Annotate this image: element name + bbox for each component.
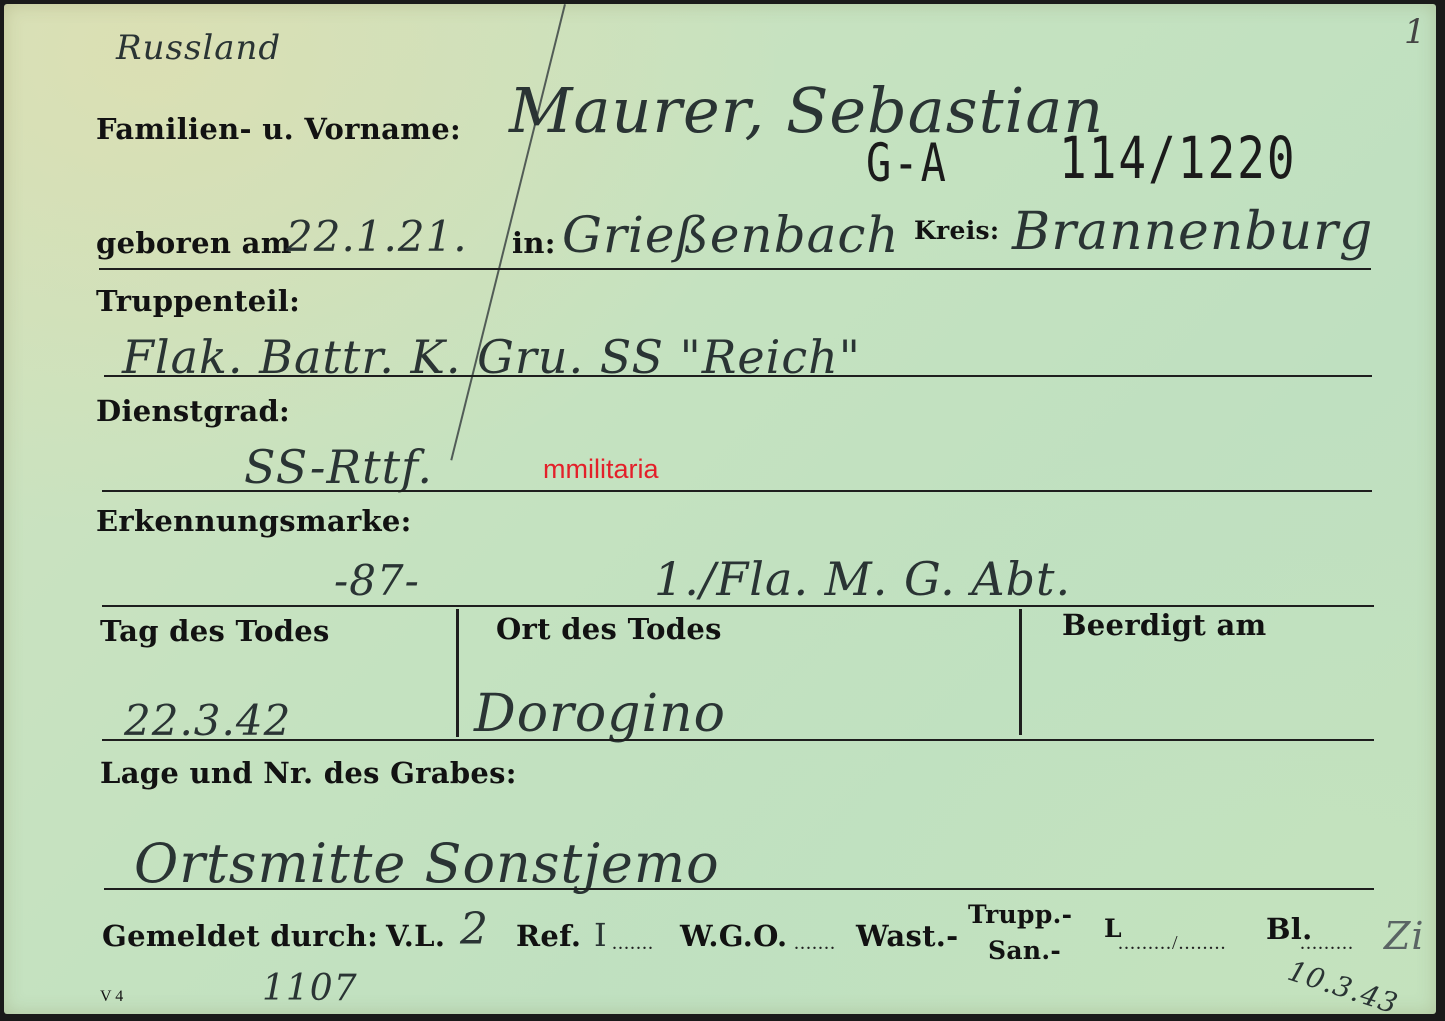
buried-on-label: Beerdigt am (1062, 608, 1267, 642)
id-tag-number: -87- (334, 556, 420, 605)
column-divider-1 (456, 609, 459, 737)
l-dots: ........./........ (1118, 932, 1227, 955)
born-line (99, 268, 1371, 270)
form-code: V 4 (100, 988, 123, 1006)
ref-dots: ....... (612, 932, 654, 955)
corner-number: 1 (1404, 12, 1427, 52)
born-on-label: geboren am (96, 226, 292, 260)
ref-value: I (594, 916, 608, 954)
death-date-label: Tag des Todes (100, 614, 330, 648)
grave-line (104, 888, 1374, 890)
file-stamp-prefix: G-A (866, 132, 948, 193)
district-value: Brannenburg (1012, 202, 1373, 262)
column-divider-2 (1019, 609, 1022, 735)
name-value: Maurer, Sebastian (509, 74, 1104, 147)
born-in-label: in: (512, 226, 556, 260)
death-place-value: Dorogino (474, 684, 726, 744)
unit-line (104, 375, 1372, 377)
wgo-dots: ....... (794, 932, 836, 955)
id-tag-unit: 1./Fla. M. G. Abt. (654, 552, 1071, 606)
rank-line (102, 490, 1372, 492)
born-in-value: Grießenbach (562, 206, 900, 264)
handwritten-initials: Zi (1384, 914, 1425, 958)
rank-value: SS-Rttf. (244, 440, 433, 494)
wgo-label: W.G.O. (680, 919, 787, 953)
san-label: San.- (988, 936, 1061, 965)
watermark: mmilitaria (543, 454, 659, 485)
reported-by-label: Gemeldet durch: (102, 919, 378, 953)
name-label: Familien- u. Vorname: (96, 112, 461, 146)
trupp-label: Trupp.- (968, 900, 1072, 929)
district-label: Kreis: (914, 216, 999, 245)
ref-label: Ref. (516, 919, 581, 953)
death-place-label: Ort des Todes (496, 612, 722, 646)
handwritten-file-number: 1107 (262, 968, 358, 1009)
grave-label: Lage und Nr. des Grabes: (100, 756, 517, 790)
rank-label: Dienstgrad: (96, 394, 290, 428)
bl-dots: ......... (1300, 932, 1354, 955)
id-tag-label: Erkennungsmarke: (96, 504, 412, 538)
unit-label: Truppenteil: (96, 284, 300, 318)
handwritten-country-note: Russland (116, 28, 281, 68)
handwritten-date-stamp: 10.3.43 (1284, 954, 1402, 1021)
grave-value: Ortsmitte Sonstjemo (134, 832, 720, 895)
born-on-value: 22.1.21. (286, 212, 468, 261)
id-tag-line (102, 605, 1374, 607)
wast-label: Wast.- (856, 919, 959, 953)
vl-label: V.L. (386, 919, 445, 953)
death-date-value: 22.3.42 (124, 696, 291, 745)
vl-value: 2 (460, 904, 489, 955)
file-stamp-number: 114/1220 (1059, 124, 1297, 192)
grave-registration-card: Russland 1 Familien- u. Vorname: Maurer,… (4, 4, 1436, 1014)
death-row-line (102, 739, 1374, 741)
